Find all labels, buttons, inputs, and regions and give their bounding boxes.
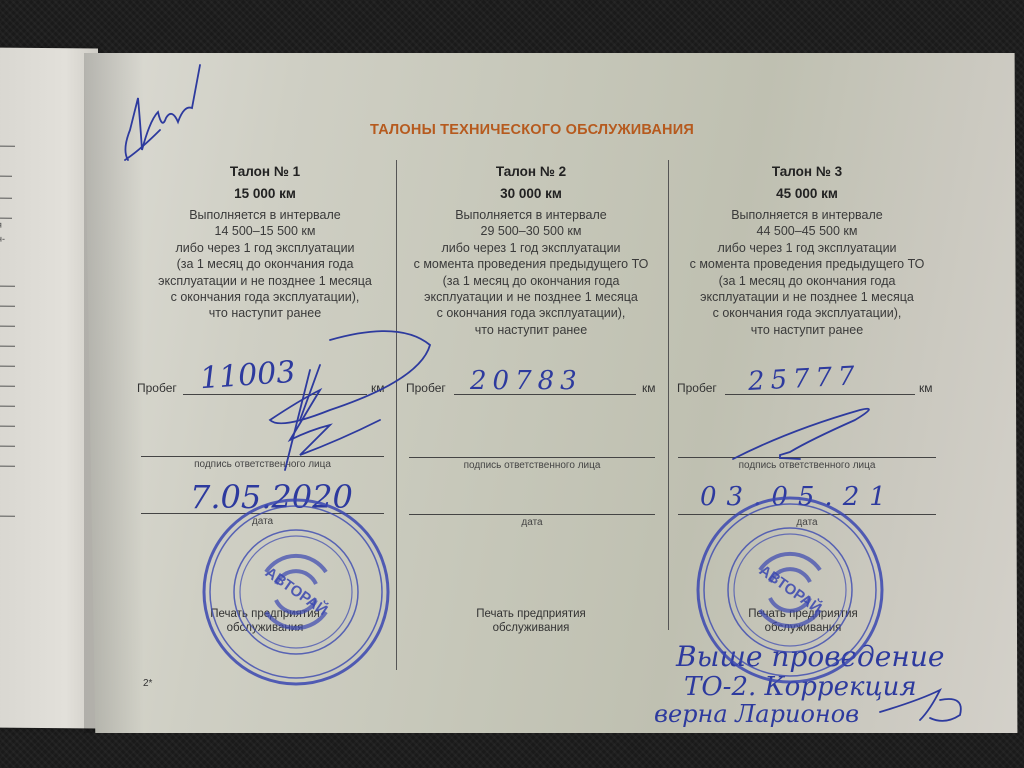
form-line: [0, 516, 15, 517]
coupon-title: Талон № 2: [396, 164, 666, 179]
signature-caption: подпись ответственного лица: [141, 459, 384, 470]
form-line: [0, 466, 15, 467]
page-fold-shadow: [84, 53, 144, 733]
form-line: [0, 366, 15, 367]
date-line: [678, 514, 936, 515]
page-number: 2*: [143, 678, 152, 689]
form-line: [0, 426, 15, 427]
left-page-text: ия: [0, 220, 2, 230]
coupon-km: 30 000 км: [396, 186, 666, 201]
date-caption: дата: [141, 516, 384, 527]
mileage-label: Пробег: [406, 381, 446, 395]
coupon-description: Выполняется в интервале 14 500–15 500 км…: [130, 207, 400, 322]
stamp-caption: Печать предприятия обслуживания: [718, 607, 888, 635]
handwritten-date-1: 7.05.2020: [190, 478, 353, 516]
coupon-title: Талон № 3: [672, 164, 942, 179]
form-line: [0, 446, 15, 447]
km-label: км: [919, 381, 933, 395]
coupon-2: Талон № 2 30 000 км Выполняется в интерв…: [396, 160, 666, 338]
handwritten-note-line3: верна Ларионов: [654, 700, 859, 728]
stamp-caption: Печать предприятия обслуживания: [180, 607, 350, 635]
signature-line: [141, 456, 384, 457]
signature-caption: подпись ответственного лица: [678, 460, 936, 471]
signature-caption: подпись ответственного лица: [409, 460, 655, 471]
handwritten-note-line2: ТО-2. Коррекция: [684, 672, 917, 702]
date-caption: дата: [409, 517, 655, 528]
date-line: [409, 514, 655, 515]
signature-line: [678, 457, 936, 458]
coupon-1: Талон № 1 15 000 км Выполняется в интерв…: [130, 160, 400, 322]
form-line: [0, 326, 15, 327]
handwritten-date-3: 03.05.21: [700, 482, 896, 512]
handwritten-mileage-3: 25777: [747, 361, 861, 397]
handwritten-note-line1: Выше проведение: [676, 640, 944, 673]
stamp-caption: Печать предприятия обслуживания: [446, 607, 616, 635]
date-caption: дата: [678, 517, 936, 528]
handwritten-mileage-1: 11003: [199, 355, 297, 397]
form-line: [0, 176, 12, 177]
form-line: [0, 218, 12, 219]
form-line: [0, 198, 12, 199]
mileage-label: Пробег: [137, 381, 177, 395]
coupon-description: Выполняется в интервале 29 500–30 500 км…: [396, 207, 666, 338]
km-label: км: [642, 381, 656, 395]
km-label: км: [371, 381, 385, 395]
column-divider: [668, 160, 669, 630]
form-line: [0, 146, 15, 147]
form-line: [0, 346, 15, 347]
coupon-description: Выполняется в интервале 44 500–45 500 км…: [672, 207, 942, 338]
coupon-title: Талон № 1: [130, 164, 400, 179]
signature-line: [409, 457, 655, 458]
mileage-label: Пробег: [677, 381, 717, 395]
form-line: [0, 406, 15, 407]
form-line: [0, 286, 15, 287]
coupon-km: 15 000 км: [130, 186, 400, 201]
coupon-3: Талон № 3 45 000 км Выполняется в интерв…: [672, 160, 942, 338]
form-line: [0, 386, 15, 387]
handwritten-mileage-2: 20783: [470, 366, 583, 396]
page-title: ТАЛОНЫ ТЕХНИЧЕСКОГО ОБСЛУЖИВАНИЯ: [0, 122, 1024, 138]
coupon-km: 45 000 км: [672, 186, 942, 201]
left-page-text: ан-: [0, 234, 5, 244]
form-line: [0, 306, 15, 307]
